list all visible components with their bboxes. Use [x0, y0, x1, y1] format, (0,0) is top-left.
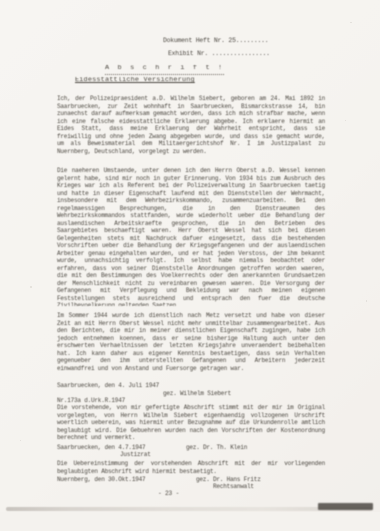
doc-number-line: Dokument Heft Nr. 25......... — [163, 37, 268, 45]
certification-signer-role: Rechtsanwalt — [213, 483, 254, 491]
scan-speck — [366, 300, 367, 302]
scan-speck — [345, 120, 346, 121]
notary-attestation: Die vorstehende, von mir gefertigte Absc… — [57, 404, 325, 443]
place-date-line: Saarbruecken, den 4. Juli 1947 — [57, 382, 159, 390]
scan-background — [0, 512, 380, 531]
scan-artifact — [318, 503, 373, 510]
notary-title: Justizrat — [120, 451, 151, 459]
scan-speck — [20, 440, 21, 441]
exhibit-line: Exhibit Nr. ................ — [168, 50, 270, 58]
affidavit-paragraph-3: Im Sommer 1944 wurde ich dienstlich nach… — [57, 312, 325, 380]
signature-line: gez. Wilhelm Siebert — [163, 390, 231, 398]
document-title: Eidesstattliche Versicherung — [75, 77, 195, 85]
scan-speck — [350, 22, 352, 23]
scan-speck — [30, 286, 32, 288]
copy-heading: A b s c h r i f t ! — [105, 65, 224, 75]
affidavit-paragraph-1: Ich, der Polizeipraesident a.D. Wilhelm … — [57, 95, 325, 163]
document-page: Dokument Heft Nr. 25......... Exhibit Nr… — [0, 0, 380, 531]
certification-place-date: Nuernberg, den 30.Okt.1947 — [57, 476, 145, 484]
certification-paragraph: Die Uebereinstimmung der vorstehenden Ab… — [57, 460, 325, 476]
notary-signature: gez. Dr. Th. Klein — [186, 444, 247, 452]
page-number: - 23 - — [158, 490, 179, 498]
affidavit-paragraph-2: Die naeheren Umstaende, unter denen ich … — [57, 167, 325, 306]
